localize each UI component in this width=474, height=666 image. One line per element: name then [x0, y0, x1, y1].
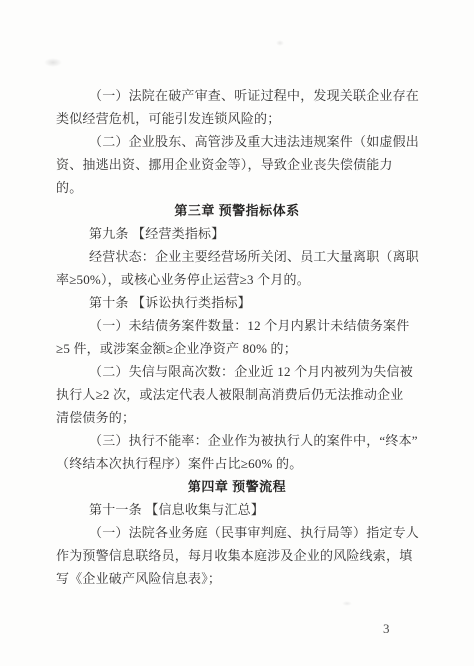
text-line: （一）法院在破产审查、听证过程中，发现关联企业存在 [56, 84, 418, 107]
article-title-line: 第十条 【诉讼执行类指标】 [56, 291, 418, 314]
text-line: 作为预警信息联络员，每月收集本庭涉及企业的风险线索，填 [56, 544, 418, 567]
text-line: 率≥50%），或核心业务停止运营≥3 个月的。 [56, 268, 418, 291]
article-title-line: 第十一条 【信息收集与汇总】 [56, 498, 418, 521]
document-body: （一）法院在破产审查、听证过程中，发现关联企业存在类似经营危机，可能引发连锁风险… [56, 84, 418, 590]
scan-smudge [276, 40, 284, 46]
text-line: （二）失信与限高次数：企业近 12 个月内被列为失信被 [56, 360, 418, 383]
text-line: 资、抽逃出资、挪用企业资金等），导致企业丧失偿债能力 [56, 153, 418, 176]
text-line: （三）执行不能率：企业作为被执行人的案件中，“终本” [56, 429, 418, 452]
text-line: （二）企业股东、高管涉及重大违法违规案件（如虚假出 [56, 130, 418, 153]
scan-smudge [342, 601, 352, 606]
chapter-heading: 第四章 预警流程 [56, 475, 418, 498]
text-line: ≥5 件，或涉案金额≥企业净资产 80% 的； [56, 337, 418, 360]
text-line: 清偿债务的； [56, 406, 418, 429]
text-line: （一）法院各业务庭（民事审判庭、执行局等）指定专人 [56, 521, 418, 544]
text-line: 经营状态：企业主要经营场所关闭、员工大量离职（离职 [56, 245, 418, 268]
scan-smudge [44, 58, 62, 67]
document-page: （一）法院在破产审查、听证过程中，发现关联企业存在类似经营危机，可能引发连锁风险… [0, 0, 474, 666]
text-line: 写《企业破产风险信息表》； [56, 567, 418, 590]
text-line: 类似经营危机，可能引发连锁风险的； [56, 107, 418, 130]
text-line: 执行人≥2 次，或法定代表人被限制高消费后仍无法推动企业 [56, 383, 418, 406]
text-line: （一）未结债务案件数量：12 个月内累计未结债务案件 [56, 314, 418, 337]
text-line: （终结本次执行程序）案件占比≥60% 的。 [56, 452, 418, 475]
page-number: 3 [383, 621, 390, 637]
text-line: 的。 [56, 176, 418, 199]
article-title-line: 第九条 【经营类指标】 [56, 222, 418, 245]
chapter-heading: 第三章 预警指标体系 [56, 199, 418, 222]
